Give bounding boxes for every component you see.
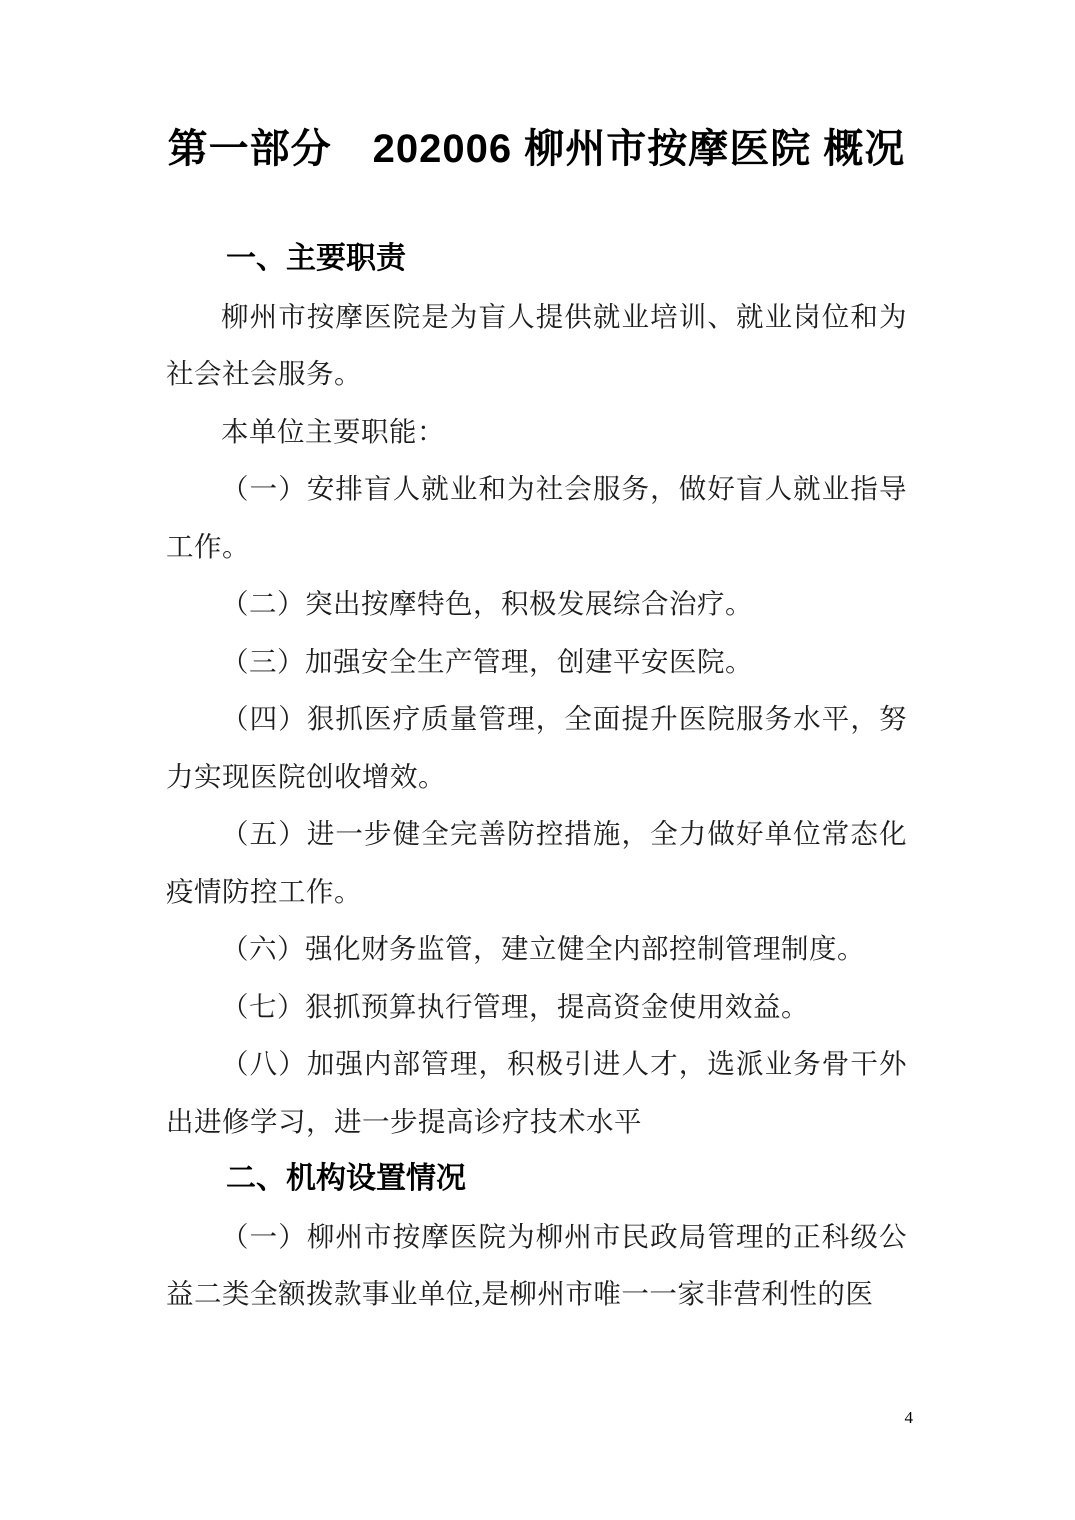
- document-page: 第一部分 202006 柳州市按摩医院 概况 一、主要职责 柳州市按摩医院是为盲…: [0, 0, 1075, 1520]
- paragraph-functions-lead: 本单位主要职能：: [166, 403, 907, 461]
- paragraph-item-3: （三）加强安全生产管理，创建平安医院。: [166, 633, 907, 691]
- paragraph-item-8: （八）加强内部管理，积极引进人才，选派业务骨干外出进修学习，进一步提高诊疗技术水…: [166, 1035, 907, 1150]
- paragraph-item-1: （一）安排盲人就业和为社会服务，做好盲人就业指导工作。: [166, 460, 907, 575]
- paragraph-item-2: （二）突出按摩特色，积极发展综合治疗。: [166, 575, 907, 633]
- paragraph-item-4: （四）狠抓医疗质量管理，全面提升医院服务水平，努力实现医院创收增效。: [166, 690, 907, 805]
- paragraph-item-5: （五）进一步健全完善防控措施，全力做好单位常态化疫情防控工作。: [166, 805, 907, 920]
- paragraph-intro: 柳州市按摩医院是为盲人提供就业培训、就业岗位和为社会社会服务。: [166, 288, 907, 403]
- paragraph-organization-1: （一）柳州市按摩医院为柳州市民政局管理的正科级公益二类全额拨款事业单位,是柳州市…: [166, 1208, 907, 1323]
- document-title: 第一部分 202006 柳州市按摩医院 概况: [166, 118, 907, 180]
- section-heading-main-duties: 一、主要职责: [166, 230, 907, 288]
- section-heading-organization: 二、机构设置情况: [166, 1150, 907, 1208]
- paragraph-item-6: （六）强化财务监管，建立健全内部控制管理制度。: [166, 920, 907, 978]
- paragraph-item-7: （七）狠抓预算执行管理，提高资金使用效益。: [166, 978, 907, 1036]
- page-number: 4: [905, 1408, 914, 1428]
